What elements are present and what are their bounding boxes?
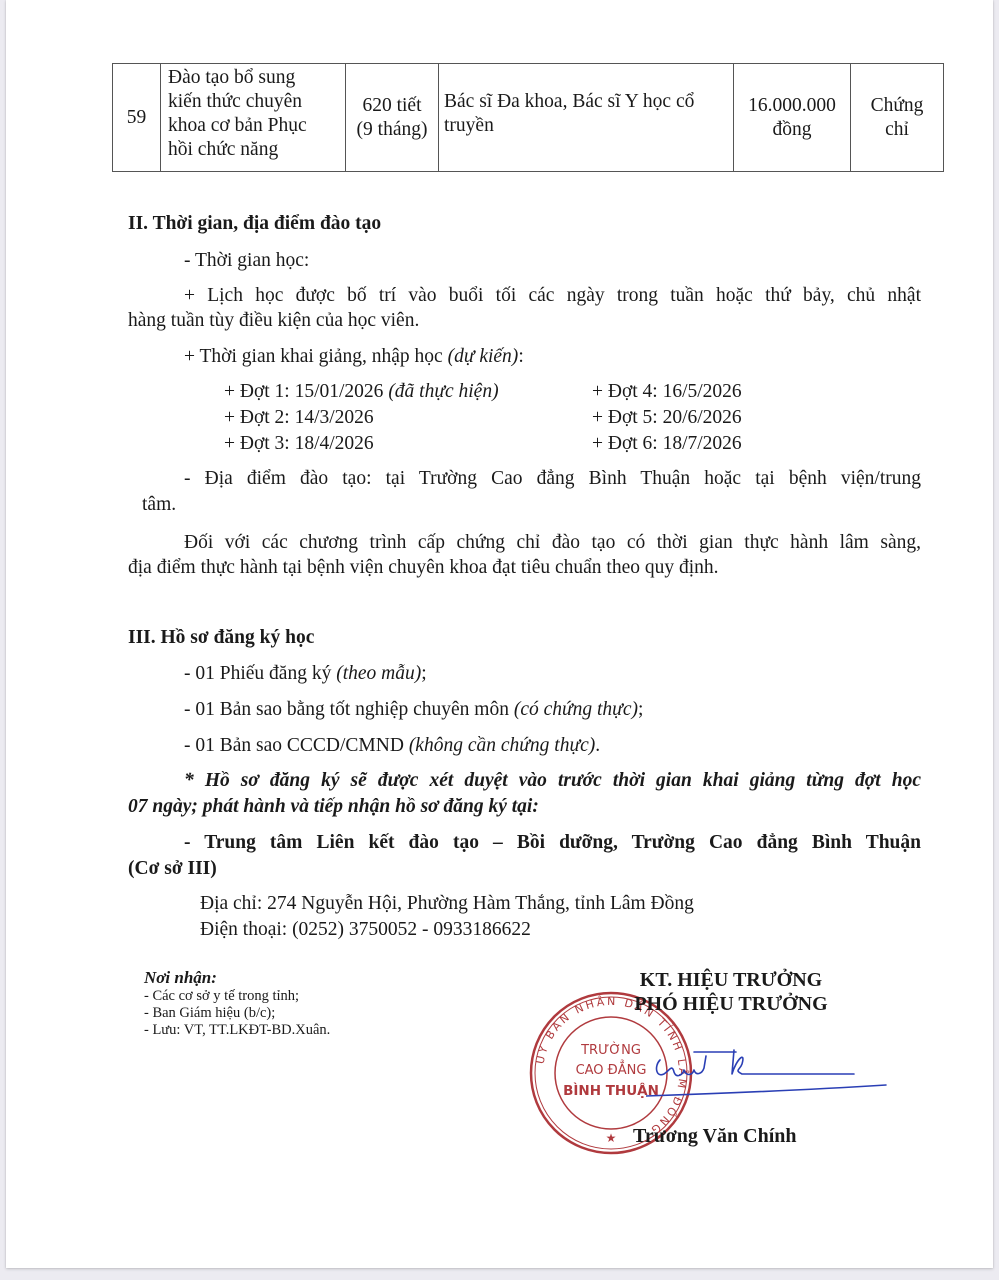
batch-3: + Đợt 3: 18/4/2026 <box>224 432 374 456</box>
batch-2: + Đợt 2: 14/3/2026 <box>224 406 374 430</box>
schedule-text: + Lịch học được bố trí vào buổi tối các … <box>184 284 921 308</box>
training-center: - Trung tâm Liên kết đào tạo – Bồi dưỡng… <box>184 831 921 855</box>
registration-note-cont: 07 ngày; phát hành và tiếp nhận hồ sơ đă… <box>128 795 539 819</box>
practice-text: Đối với các chương trình cấp chứng chỉ đ… <box>184 531 921 555</box>
svg-text:BÌNH THUẬN: BÌNH THUẬN <box>563 1081 659 1099</box>
document-page: 59 Đào tạo bổ sung kiến thức chuyên khoa… <box>6 0 993 1268</box>
practice-text-cont: địa điểm thực hành tại bệnh viện chuyên … <box>128 556 719 580</box>
cell-fee: 16.000.000 đồng <box>734 64 851 172</box>
location-text: - Địa điểm đào tạo: tại Trường Cao đẳng … <box>184 467 921 491</box>
cell-duration: 620 tiết (9 tháng) <box>346 64 439 172</box>
section-2-heading: II. Thời gian, địa điểm đào tạo <box>128 212 381 236</box>
batch-4: + Đợt 4: 16/5/2026 <box>592 380 742 404</box>
batch-5: + Đợt 5: 20/6/2026 <box>592 406 742 430</box>
fee-line: đồng <box>734 118 850 142</box>
opening-time-label: + Thời gian khai giảng, nhập học (dự kiế… <box>184 345 524 369</box>
cell-number: 59 <box>113 64 161 172</box>
course-table: 59 Đào tạo bổ sung kiến thức chuyên khoa… <box>112 63 944 172</box>
signer-name: Trương Văn Chính <box>633 1124 797 1148</box>
batch-6: + Đợt 6: 18/7/2026 <box>592 432 742 456</box>
signature-block: KT. HIỆU TRƯỞNG PHÓ HIỆU TRƯỞNG <box>566 968 896 1016</box>
certificate-line: chỉ <box>851 118 943 142</box>
cell-certificate: Chứng chỉ <box>851 64 944 172</box>
recipient-item: - Lưu: VT, TT.LKĐT-BD.Xuân. <box>144 1022 330 1039</box>
recipients-heading: Nơi nhận: <box>144 968 330 988</box>
address: Địa chỉ: 274 Nguyễn Hội, Phường Hàm Thắn… <box>200 892 694 916</box>
certificate-line: Chứng <box>851 94 943 118</box>
document-item-1: - 01 Phiếu đăng ký (theo mẫu); <box>184 662 427 686</box>
cell-target-audience: Bác sĩ Đa khoa, Bác sĩ Y học cổ truyền <box>439 64 734 172</box>
handwritten-signature-icon <box>646 1030 896 1100</box>
document-item-3: - 01 Bản sao CCCD/CMND (không cần chứng … <box>184 734 600 758</box>
recipient-item: - Các cơ sở y tế trong tỉnh; <box>144 988 330 1005</box>
svg-text:TRƯỜNG: TRƯỜNG <box>580 1042 641 1058</box>
schedule-text-cont: hàng tuần tùy điều kiện của học viên. <box>128 309 419 333</box>
duration-line: (9 tháng) <box>346 118 438 142</box>
target-line: truyền <box>444 114 733 138</box>
table-row: 59 Đào tạo bổ sung kiến thức chuyên khoa… <box>113 64 944 172</box>
study-time-label: - Thời gian học: <box>184 249 309 273</box>
signer-title-2: PHÓ HIỆU TRƯỞNG <box>566 992 896 1016</box>
fee-line: 16.000.000 <box>734 94 850 118</box>
svg-text:★: ★ <box>606 1131 617 1145</box>
course-name-line: kiến thức chuyên <box>168 90 345 114</box>
course-name-line: Đào tạo bổ sung <box>168 66 345 90</box>
signer-title-1: KT. HIỆU TRƯỞNG <box>566 968 896 992</box>
target-line: Bác sĩ Đa khoa, Bác sĩ Y học cổ <box>444 90 733 114</box>
course-name-line: hồi chức năng <box>168 138 345 162</box>
location-text-cont: tâm. <box>142 493 176 517</box>
section-3-heading: III. Hồ sơ đăng ký học <box>128 626 314 650</box>
duration-line: 620 tiết <box>346 94 438 118</box>
cell-course-name: Đào tạo bổ sung kiến thức chuyên khoa cơ… <box>161 64 346 172</box>
training-center-cont: (Cơ sở III) <box>128 857 217 881</box>
registration-note: * Hồ sơ đăng ký sẽ được xét duyệt vào tr… <box>184 769 921 793</box>
recipient-item: - Ban Giám hiệu (b/c); <box>144 1005 330 1022</box>
phone: Điện thoại: (0252) 3750052 - 0933186622 <box>200 918 531 942</box>
document-item-2: - 01 Bản sao bằng tốt nghiệp chuyên môn … <box>184 698 643 722</box>
svg-text:CAO ĐẲNG: CAO ĐẲNG <box>576 1060 647 1078</box>
batch-1: + Đợt 1: 15/01/2026 (đã thực hiện) <box>224 380 499 404</box>
course-name-line: khoa cơ bản Phục <box>168 114 345 138</box>
recipients-block: Nơi nhận: - Các cơ sở y tế trong tỉnh; -… <box>144 968 330 1039</box>
